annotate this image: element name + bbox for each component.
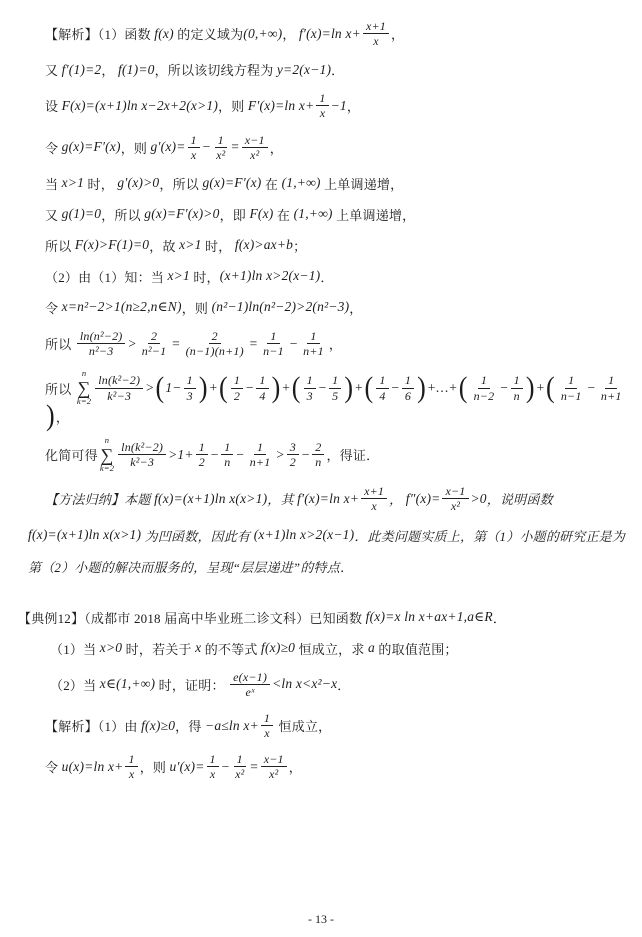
fraction: 2n (312, 440, 324, 469)
fraction-denominator: 4 (376, 389, 388, 403)
math-run: (1,+∞) (294, 206, 333, 222)
text-run: ，得 (175, 716, 205, 735)
fraction-denominator: n²−3 (86, 344, 117, 358)
fraction: 2n²−1 (139, 329, 170, 358)
example-12-analysis-1: 【解析】（1）由 f(x)≥0，得 −a≤ln x+1x 恒成立， (10, 710, 632, 741)
fraction-denominator: x² (266, 767, 281, 781)
fraction: 1n−2 (471, 373, 498, 402)
text-run: 【典例12】（成都市 2018 届高中毕业班二诊文科）已知函数 (18, 608, 366, 627)
fraction: 32 (287, 440, 299, 469)
analysis-1-defF: 设 F(x)=(x+1)ln x−2x+2(x>1)，则 F′(x)=ln x+… (10, 90, 632, 121)
text-run: 的不等式 (201, 639, 261, 658)
math-run: + (354, 380, 363, 396)
math-run: −a≤ln x+ (205, 718, 259, 734)
text-run: ， (347, 96, 360, 115)
math-run: x>0 (100, 640, 122, 656)
text-run: （2）由（1）知：当 (45, 267, 167, 286)
example-12-title: 【典例12】（成都市 2018 届高中毕业班二诊文科）已知函数 f(x)=x l… (10, 607, 632, 628)
fraction-numerator: e(x−1) (230, 670, 270, 685)
sum-symbol: n∑k=2 (100, 436, 114, 474)
math-run: f(1)=0 (118, 62, 155, 78)
fraction: ln(k²−2)k²−3 (95, 373, 143, 402)
text-run: ， (289, 757, 302, 776)
fraction-numerator: 1 (125, 752, 137, 767)
math-run: −1 (331, 98, 347, 114)
text-run: ，其 (267, 489, 297, 508)
text-run: ． (320, 267, 333, 286)
sum-lower-limit: k=2 (100, 464, 114, 474)
fraction-denominator: x (126, 767, 138, 781)
math-run: − (235, 447, 244, 463)
fraction: x+1x (361, 484, 387, 513)
fraction-numerator: 1 (184, 373, 196, 388)
text-run: 令 (45, 298, 62, 317)
fraction-numerator: x−1 (442, 484, 468, 499)
fraction: 1n+1 (300, 329, 327, 358)
fraction-denominator: n+1 (300, 344, 327, 358)
fraction-denominator: k²−3 (104, 389, 134, 403)
math-run: g(x)=F′(x) (202, 175, 261, 191)
math-run: x>1 (62, 175, 84, 191)
text-run: 恒成立， (275, 716, 331, 735)
text-run: 时，若关于 (122, 639, 195, 658)
text-run: 所以 (45, 236, 75, 255)
text-run: ，即 (220, 205, 250, 224)
text-run: 所以 (45, 379, 75, 398)
analysis-1-monotone-F: 又 g(1)=0，所以 g(x)=F′(x)>0，即 F(x) 在 (1,+∞)… (10, 204, 632, 225)
text-run: ， (101, 60, 118, 79)
fraction-numerator: 1 (207, 752, 219, 767)
fraction-denominator: 2 (196, 455, 208, 469)
fraction: 1n−1 (260, 329, 287, 358)
math-run: − (245, 380, 254, 396)
fraction-numerator: 1 (304, 373, 316, 388)
math-run: − (499, 380, 508, 396)
text-run: ， (282, 24, 299, 43)
math-run: f(x)=(x+1)ln x(x>1) (154, 491, 267, 507)
fraction: 1n−1 (558, 373, 585, 402)
math-run: f(x)>ax+b (235, 237, 293, 253)
text-run: 第（2）小题的解决而服务的，呈现“层层递进”的特点． (28, 557, 353, 576)
math-run: F(x)=(x+1)ln x−2x+2(x>1) (62, 98, 218, 114)
math-run: f(x)=(x+1)ln x(x>1) (28, 527, 141, 543)
math-run: = (249, 759, 258, 775)
fraction-denominator: x (370, 34, 382, 48)
math-run: − (289, 336, 298, 352)
analysis-2-substitution: 令 x=n²−2>1(n≥2,n∈N)，则 (n²−1)ln(n²−2)>2(n… (10, 297, 632, 318)
fraction-numerator: ln(k²−2) (118, 440, 166, 455)
text-run: ， (56, 407, 69, 426)
text-run: ，故 (149, 236, 179, 255)
text-run: 时， (84, 174, 117, 193)
fraction: 15 (329, 373, 341, 402)
fraction-denominator: x² (232, 767, 247, 781)
fraction: x−1x² (242, 133, 268, 162)
text-run: ，所以 (159, 174, 202, 193)
fraction: 1n+1 (247, 440, 274, 469)
fraction: 12 (196, 440, 208, 469)
text-run: 的取值范围； (375, 639, 458, 658)
fraction-denominator: 3 (184, 389, 196, 403)
fraction-numerator: 1 (234, 752, 246, 767)
math-run: g(x)=F′(x)>0 (144, 206, 219, 222)
fraction-numerator: 2 (209, 329, 221, 344)
fraction: 1n (221, 440, 233, 469)
fraction-denominator: 2 (231, 389, 243, 403)
fraction-denominator: n (221, 455, 233, 469)
fraction-numerator: ln(n²−2) (77, 329, 126, 344)
math-run: − (221, 759, 230, 775)
text-run: （2）当 (50, 675, 100, 694)
math-run: f(x)≥0 (141, 718, 175, 734)
fraction: 1x² (232, 752, 247, 781)
sum-lower-limit: k=2 (77, 397, 91, 407)
fraction-numerator: 2 (312, 440, 324, 455)
fraction: 12 (231, 373, 243, 402)
math-run: F′(x)=ln x+ (248, 98, 314, 114)
fraction-denominator: eˣ (243, 685, 258, 699)
text-run: ，则 (218, 96, 248, 115)
math-run: + (281, 380, 290, 396)
fraction-numerator: 1 (267, 329, 279, 344)
math-run: + (209, 380, 218, 396)
text-run: 【解析】（1）由 (45, 716, 141, 735)
text-run: 又 (45, 60, 62, 79)
fraction-numerator: x+1 (363, 19, 389, 34)
fraction-denominator: x (317, 106, 329, 120)
math-run: (x+1)ln x>2(x−1) (254, 527, 355, 543)
fraction-numerator: 1 (231, 373, 243, 388)
analysis-1-tangent: 又 f′(1)=2， f(1)=0，所以该切线方程为 y=2(x−1)． (10, 59, 632, 80)
math-run: f′(x)=ln x+ (297, 491, 359, 507)
page: { "page": { "footer": "- 13 -", "sigma":… (0, 0, 642, 937)
fraction-denominator: k²−3 (127, 455, 157, 469)
text-run: ． (493, 608, 506, 627)
fraction: e(x−1)eˣ (230, 670, 270, 699)
math-run: x=n²−2>1(n≥2,n∈N) (62, 299, 182, 315)
math-run: F(x) (249, 206, 273, 222)
math-run: x∈(1,+∞) (100, 676, 155, 692)
math-run: f′(1)=2 (62, 62, 102, 78)
text-run: ，说明函数 (487, 489, 553, 508)
math-run: y=2(x−1) (277, 62, 331, 78)
math-run: >1+ (168, 447, 194, 463)
text-run: 【方法归纳】本题 (45, 489, 154, 508)
text-run: 上单调递增， (321, 174, 404, 193)
analysis-1-conclusion: 所以 F(x)>F(1)=0，故 x>1 时， f(x)>ax+b； (10, 235, 632, 256)
math-run: u′(x)= (170, 759, 205, 775)
method-summary-2: f(x)=(x+1)ln x(x>1) 为凹函数，因此有 (x+1)ln x>2… (10, 525, 632, 546)
text-run: ，则 (182, 298, 212, 317)
math-run: x>1 (167, 268, 189, 284)
math-run: = (249, 336, 258, 352)
math-run: <ln x<x²−x (272, 676, 337, 692)
text-run: ， (391, 24, 404, 43)
math-run: − (318, 380, 327, 396)
fraction-numerator: 1 (402, 373, 414, 388)
fraction-denominator: 2 (287, 455, 299, 469)
math-run: f(x) (154, 26, 174, 42)
fraction-denominator: n (511, 389, 523, 403)
text-run: （1）当 (50, 639, 100, 658)
fraction-numerator: x−1 (242, 133, 268, 148)
fraction-numerator: 1 (478, 373, 490, 388)
fraction-denominator: n²−1 (139, 344, 170, 358)
fraction-denominator: 5 (329, 389, 341, 403)
text-run: ，则 (140, 757, 170, 776)
math-run: > (127, 336, 136, 352)
fraction-numerator: ln(k²−2) (95, 373, 143, 388)
math-run: 1− (165, 380, 181, 396)
fraction-numerator: 1 (511, 373, 523, 388)
fraction-numerator: 1 (254, 440, 266, 455)
text-run: 在 (273, 205, 293, 224)
text-run: 时， (202, 236, 235, 255)
text-run: 时， (190, 267, 220, 286)
fraction-denominator: x² (213, 148, 228, 162)
math-run: − (587, 380, 596, 396)
text-run: 恒成立，求 (295, 639, 368, 658)
fraction-denominator: x (207, 767, 219, 781)
math-run: >0 (471, 491, 487, 507)
fraction: 13 (304, 373, 316, 402)
fraction: ln(n²−2)n²−3 (77, 329, 126, 358)
fraction: 14 (256, 373, 268, 402)
example-12-q1: （1）当 x>0 时，若关于 x 的不等式 f(x)≥0 恒成立，求 a 的取值… (10, 638, 632, 659)
math-run: g(x)=F′(x) (62, 139, 121, 155)
math-run: − (202, 139, 211, 155)
text-run: 为凹函数，因此有 (141, 526, 254, 545)
text-run: ，得证． (326, 445, 379, 464)
text-run: ，则 (121, 138, 151, 157)
fraction-numerator: x−1 (261, 752, 287, 767)
math-run: > (275, 447, 284, 463)
example-12-q2: （2）当 x∈(1,+∞) 时，证明： e(x−1)eˣ<ln x<x²−x． (10, 669, 632, 700)
math-run: F(x)>F(1)=0 (75, 237, 149, 253)
text-run: ， (329, 334, 342, 353)
fraction: 1n+1 (598, 373, 625, 402)
analysis-2-sum-expansion: 所以 n∑k=2ln(k²−2)k²−3>(1−13)+(12−14)+(13−… (10, 369, 632, 426)
math-run: x>1 (179, 237, 201, 253)
fraction: 1x (316, 91, 328, 120)
math-run: > (145, 380, 154, 396)
text-run: 上单调递增， (333, 205, 416, 224)
fraction-denominator: x (368, 499, 380, 513)
analysis-1-g-derivative: 令 g(x)=F′(x)，则 g′(x)=1x−1x²=x−1x²， (10, 132, 632, 163)
text-run: 令 (45, 138, 62, 157)
fraction-denominator: n+1 (247, 455, 274, 469)
text-run: ， (389, 489, 406, 508)
math-run: (n²−1)ln(n²−2)>2(n²−3) (212, 299, 350, 315)
analysis-2-from-1: （2）由（1）知：当 x>1 时，(x+1)ln x>2(x−1)． (10, 266, 632, 287)
text-run: 设 (45, 96, 62, 115)
fraction-numerator: 1 (605, 373, 617, 388)
text-run: 的定义域为 (174, 24, 243, 43)
text-run: 所以 (45, 334, 75, 353)
fraction: 13 (184, 373, 196, 402)
fraction-denominator: 6 (402, 389, 414, 403)
math-run: g′(x)>0 (117, 175, 159, 191)
fraction: 14 (376, 373, 388, 402)
math-run: f(x)≥0 (261, 640, 295, 656)
text-run: ，所以该切线方程为 (155, 60, 277, 79)
document-lines: 【解析】（1）函数 f(x) 的定义域为(0,+∞)， f′(x)=ln x+x… (10, 18, 632, 906)
math-run: f′(x)=ln x+ (299, 26, 361, 42)
fraction-denominator: 3 (304, 389, 316, 403)
text-run: ． (331, 60, 344, 79)
math-run: f″(x)= (406, 491, 441, 507)
sigma-icon: ∑ (78, 379, 91, 397)
text-run: ； (293, 236, 306, 255)
fraction-numerator: 1 (329, 373, 341, 388)
method-summary-3: 第（2）小题的解决而服务的，呈现“层层递进”的特点． (10, 556, 632, 577)
text-run: 在 (261, 174, 281, 193)
fraction-numerator: 1 (307, 329, 319, 344)
fraction-numerator: 1 (221, 440, 233, 455)
text-run: 化简可得 (45, 445, 98, 464)
page-number: - 13 - (10, 906, 632, 931)
fraction-numerator: 3 (287, 440, 299, 455)
fraction-numerator: 1 (196, 440, 208, 455)
fraction: x−1x² (442, 484, 468, 513)
math-run: (1,+∞) (282, 175, 321, 191)
fraction-numerator: 1 (376, 373, 388, 388)
sum-symbol: n∑k=2 (77, 369, 91, 407)
fraction: 1x² (213, 133, 228, 162)
fraction-denominator: n−1 (558, 389, 585, 403)
text-run: ． (337, 675, 350, 694)
text-run: 【解析】（1）函数 (45, 24, 154, 43)
fraction: ln(k²−2)k²−3 (118, 440, 166, 469)
method-summary-1: 【方法归纳】本题 f(x)=(x+1)ln x(x>1)，其 f′(x)=ln … (10, 483, 632, 514)
analysis-2-inequality-frac: 所以 ln(n²−2)n²−3>2n²−1=2(n−1)(n+1)=1n−1−1… (10, 328, 632, 359)
fraction: 1x (207, 752, 219, 781)
sigma-icon: ∑ (100, 446, 113, 464)
fraction-numerator: x+1 (361, 484, 387, 499)
text-run: ，所以 (101, 205, 144, 224)
fraction-numerator: 1 (188, 133, 200, 148)
fraction-denominator: n (312, 455, 324, 469)
math-run: a (368, 640, 375, 656)
analysis-1-monotone-g: 当 x>1 时， g′(x)>0，所以 g(x)=F′(x) 在 (1,+∞) … (10, 173, 632, 194)
fraction: 1n (511, 373, 523, 402)
math-run: − (301, 447, 310, 463)
math-run: f(x)=x ln x+ax+1,a∈R (366, 609, 493, 625)
analysis-2-simplify: 化简可得n∑k=2ln(k²−2)k²−3>1+12−1n−1n+1>32−2n… (10, 436, 632, 474)
math-run: + (536, 380, 545, 396)
text-run: ， (349, 298, 362, 317)
text-run: 又 (45, 205, 62, 224)
analysis-1-derivative: 【解析】（1）函数 f(x) 的定义域为(0,+∞)， f′(x)=ln x+x… (10, 18, 632, 49)
fraction: 2(n−1)(n+1) (183, 329, 247, 358)
fraction-numerator: 1 (565, 373, 577, 388)
math-run: − (210, 447, 219, 463)
fraction-numerator: 1 (256, 373, 268, 388)
fraction-denominator: 4 (256, 389, 268, 403)
math-run: (x+1)ln x>2(x−1) (220, 268, 321, 284)
fraction: x−1x² (261, 752, 287, 781)
fraction-denominator: x (188, 148, 200, 162)
fraction-denominator: x² (247, 148, 262, 162)
fraction-denominator: (n−1)(n+1) (183, 344, 247, 358)
math-run: = (171, 336, 180, 352)
math-run: +…+ (427, 380, 458, 396)
fraction-denominator: x (261, 726, 273, 740)
text-run: 当 (45, 174, 62, 193)
fraction-denominator: n+1 (598, 389, 625, 403)
text-run: 时，证明： (155, 675, 228, 694)
fraction-denominator: x² (448, 499, 463, 513)
fraction: x+1x (363, 19, 389, 48)
math-run: − (391, 380, 400, 396)
fraction-denominator: n−2 (471, 389, 498, 403)
fraction-numerator: 1 (215, 133, 227, 148)
fraction: 1x (261, 711, 273, 740)
example-12-analysis-2: 令 u(x)=ln x+1x，则 u′(x)=1x−1x²=x−1x²， (10, 751, 632, 782)
fraction-denominator: n−1 (260, 344, 287, 358)
math-run: (0,+∞) (243, 26, 282, 42)
math-run: g(1)=0 (62, 206, 102, 222)
fraction-numerator: 2 (148, 329, 160, 344)
fraction: 16 (402, 373, 414, 402)
text-run: ．此类问题实质上，第（1）小题的研究正是为 (354, 526, 625, 545)
fraction-numerator: 1 (261, 711, 273, 726)
text-run: 令 (45, 757, 62, 776)
fraction: 1x (125, 752, 137, 781)
text-run: ， (270, 138, 283, 157)
fraction: 1x (188, 133, 200, 162)
math-run: u(x)=ln x+ (62, 759, 124, 775)
fraction-numerator: 1 (316, 91, 328, 106)
math-run: g′(x)= (151, 139, 186, 155)
math-run: = (230, 139, 239, 155)
